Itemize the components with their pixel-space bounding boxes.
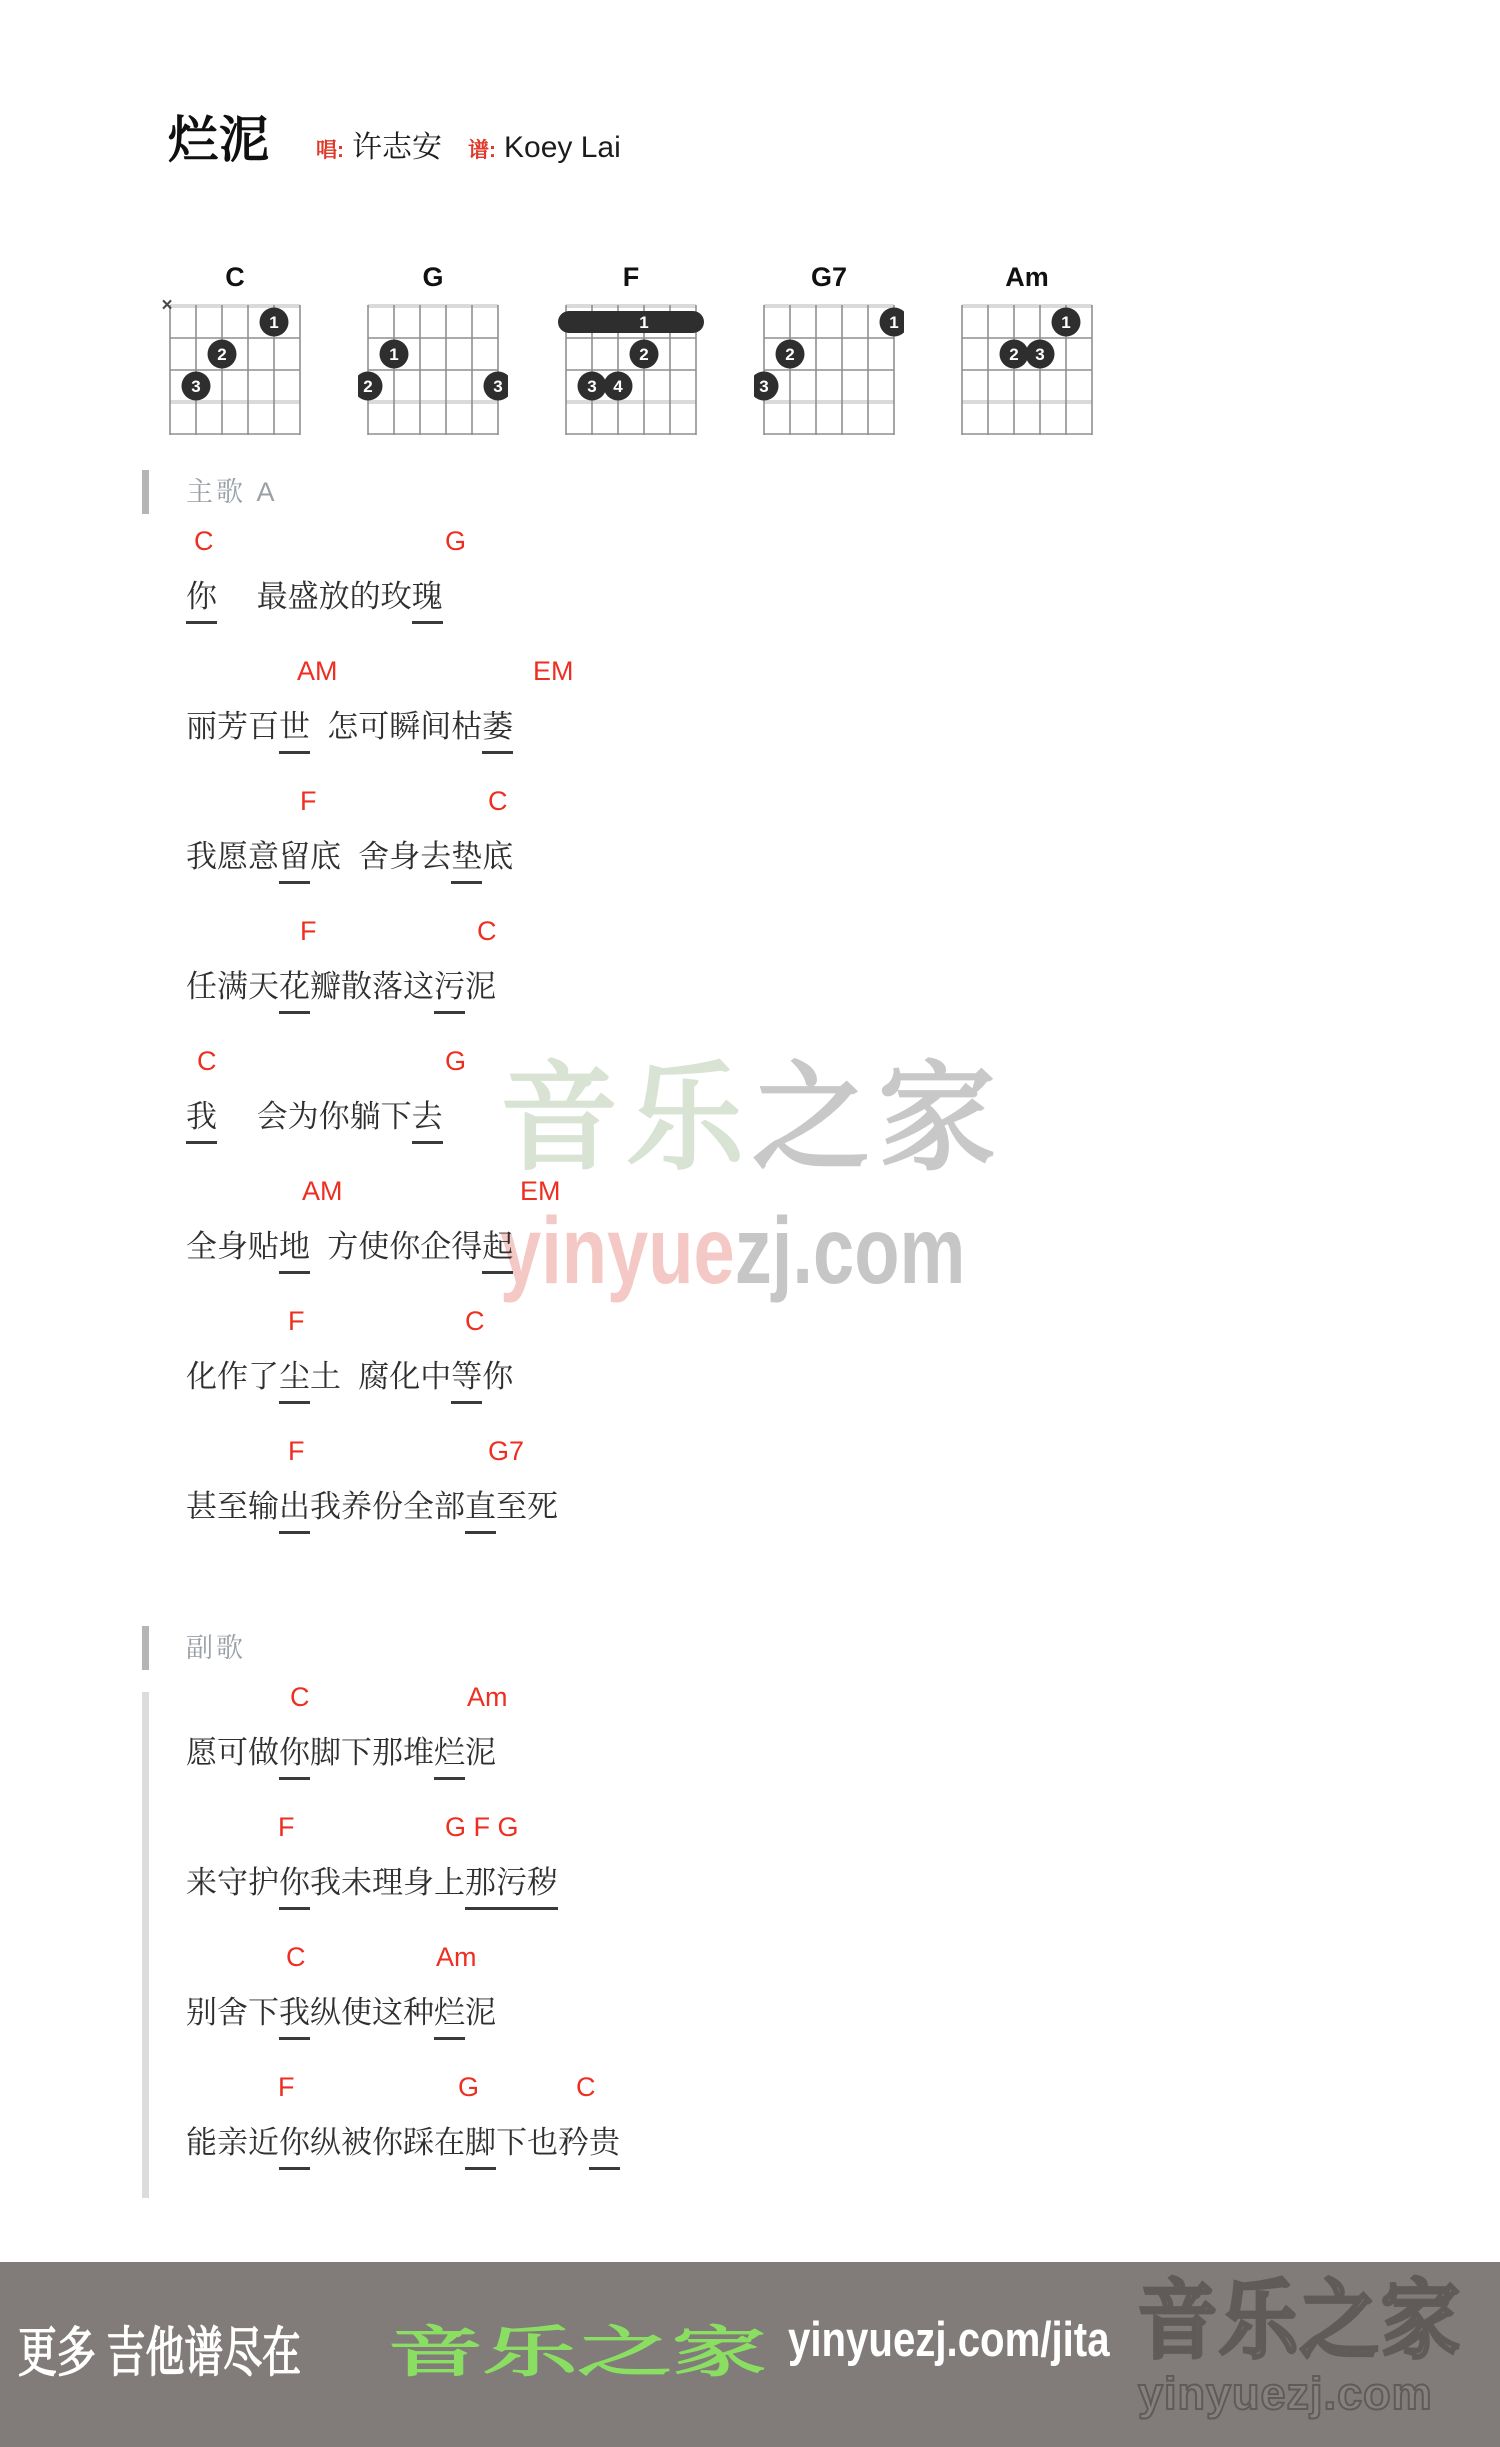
- lyric-text: 底 舍身去: [310, 838, 451, 877]
- section-marker-bar: [142, 470, 149, 514]
- song-line: AMEM丽芳百世 怎可瞬间枯萎: [186, 656, 1346, 786]
- chord-line: FC: [186, 916, 1346, 950]
- lyric-line: 愿可做你脚下那堆烂泥: [186, 1734, 496, 1780]
- lyric-text: 我愿意: [186, 838, 279, 877]
- lyric-text: 纵使这种: [310, 1994, 434, 2033]
- chord-symbol: C: [290, 1682, 310, 1713]
- chord-sheet-page: 烂泥 唱: 许志安 谱: Koey Lai C×123G123F1234G712…: [0, 0, 1500, 2447]
- chord-name: G7: [754, 262, 904, 292]
- chord-diagrams-row: C×123G123F1234G7123Am123: [0, 262, 1500, 477]
- svg-text:3: 3: [587, 377, 596, 396]
- chord-symbol: G: [445, 1046, 466, 1077]
- svg-text:2: 2: [363, 377, 372, 396]
- lyric-underlined: 出: [279, 1488, 310, 1534]
- lyric-line: 全身贴地 方使你企得起: [186, 1228, 513, 1274]
- song-line: CG你 最盛放的玫瑰: [186, 526, 1346, 656]
- lyric-text: 来守护: [186, 1864, 279, 1903]
- lyric-underlined: 垫: [451, 838, 482, 884]
- song-line: FGC能亲近你纵被你踩在脚下也矜贵: [186, 2072, 1346, 2202]
- lyric-text: 丽芳百: [186, 708, 279, 747]
- chord-line: FG F G: [186, 1812, 1346, 1846]
- chord-grid: 123: [754, 292, 904, 444]
- section-lines: CAm愿可做你脚下那堆烂泥FG F G来守护你我未理身上那污秽CAm别舍下我纵使…: [186, 1682, 1346, 2202]
- chord-diagram-g7: G7123: [754, 262, 904, 444]
- lyric-line: 任满天花瓣散落这污泥: [186, 968, 496, 1014]
- chord-name: G: [358, 262, 508, 292]
- chord-diagram-c: C×123: [160, 262, 310, 444]
- section-rule: [142, 1692, 149, 2198]
- chord-symbol: C: [465, 1306, 485, 1337]
- chord-symbol: C: [576, 2072, 596, 2103]
- svg-text:4: 4: [613, 377, 623, 396]
- lyric-text: [217, 578, 257, 617]
- section-heading: 副歌: [186, 1626, 1346, 1672]
- footer-logo-zh: 音乐之家: [1138, 2276, 1462, 2366]
- section-label: 副歌: [186, 1633, 246, 1663]
- lyric-underlined: 直: [465, 1488, 496, 1534]
- lyric-text: 全身贴: [186, 1228, 279, 1267]
- chord-line: AMEM: [186, 656, 1346, 690]
- svg-text:1: 1: [389, 345, 398, 364]
- lyric-text: 至死: [496, 1488, 558, 1527]
- chord-grid: 123: [358, 292, 508, 444]
- lyric-text: 泥: [465, 1994, 496, 2033]
- chord-symbol: C: [477, 916, 497, 947]
- lyric-underlined: 烂: [434, 1994, 465, 2040]
- lyric-underlined: 萎: [482, 708, 513, 754]
- chord-line: FC: [186, 786, 1346, 820]
- footer-link: yinyuezj.com/jita: [788, 2312, 1110, 2368]
- chord-symbol: AM: [297, 656, 338, 687]
- lyric-underlined: 我: [186, 1098, 217, 1144]
- footer-text: 更多 吉他谱尽在: [18, 2310, 301, 2387]
- lyric-text: 最盛放的玫: [257, 578, 412, 617]
- lyric-text: 愿可做: [186, 1734, 279, 1773]
- chord-symbol: EM: [520, 1176, 561, 1207]
- lyric-text: 泥: [465, 968, 496, 1007]
- song-line: FG F G来守护你我未理身上那污秽: [186, 1812, 1346, 1942]
- lyric-underlined: 你: [186, 578, 217, 624]
- chord-symbol: C: [286, 1942, 306, 1973]
- chord-symbol: F: [278, 1812, 295, 1843]
- chord-line: CG: [186, 1046, 1346, 1080]
- chord-line: FG7: [186, 1436, 1346, 1470]
- lyric-line: 你 最盛放的玫瑰: [186, 578, 443, 624]
- lyric-text: 土 腐化中: [310, 1358, 451, 1397]
- lyric-underlined: 等: [451, 1358, 482, 1404]
- chord-symbol: F: [278, 2072, 295, 2103]
- song-line: FC化作了尘土 腐化中等你: [186, 1306, 1346, 1436]
- lyric-text: 我未理身上: [310, 1864, 465, 1903]
- singer-name: 许志安: [352, 122, 442, 166]
- section-lines: CG你 最盛放的玫瑰AMEM丽芳百世 怎可瞬间枯萎FC我愿意留底 舍身去垫底FC…: [186, 526, 1346, 1566]
- song-line: FG7甚至输出我养份全部直至死: [186, 1436, 1346, 1566]
- lyric-text: 脚下那堆: [310, 1734, 434, 1773]
- chord-line: AMEM: [186, 1176, 1346, 1210]
- chord-symbol: C: [194, 526, 214, 557]
- chord-line: CG: [186, 526, 1346, 560]
- song-line: CAm别舍下我纵使这种烂泥: [186, 1942, 1346, 2072]
- chord-symbol: F: [300, 786, 317, 817]
- chord-symbol: F: [288, 1436, 305, 1467]
- lyric-underlined: 烂: [434, 1734, 465, 1780]
- chord-symbol: Am: [467, 1682, 508, 1713]
- lyric-underlined: 贵: [589, 2124, 620, 2170]
- arranger-label: 谱:: [468, 134, 496, 164]
- lyric-line: 我 会为你躺下去: [186, 1098, 443, 1144]
- chord-grid: 1234: [556, 292, 706, 444]
- chord-line: CAm: [186, 1942, 1346, 1976]
- lyric-line: 别舍下我纵使这种烂泥: [186, 1994, 496, 2040]
- lyric-text: 化作了: [186, 1358, 279, 1397]
- svg-text:3: 3: [493, 377, 502, 396]
- song-header: 烂泥 唱: 许志安 谱: Koey Lai: [168, 100, 621, 172]
- footer-logo-en: yinyuezj.com: [1138, 2368, 1490, 2420]
- chord-symbol: Am: [436, 1942, 477, 1973]
- lyric-text: [217, 1098, 257, 1137]
- lyric-text: 别舍下: [186, 1994, 279, 2033]
- song-body: 主歌 ACG你 最盛放的玫瑰AMEM丽芳百世 怎可瞬间枯萎FC我愿意留底 舍身去…: [186, 470, 1346, 2202]
- lyric-underlined: 去: [412, 1098, 443, 1144]
- chord-name: F: [556, 262, 706, 292]
- svg-text:1: 1: [269, 313, 278, 332]
- chord-symbol: G: [458, 2072, 479, 2103]
- chord-grid: ×123: [160, 292, 310, 444]
- song-line: AMEM全身贴地 方使你企得起: [186, 1176, 1346, 1306]
- mute-marker: ×: [161, 295, 172, 316]
- footer-logo: 音乐之家 yinyuezj.com: [1138, 2276, 1490, 2420]
- lyric-line: 我愿意留底 舍身去垫底: [186, 838, 513, 884]
- lyric-text: 会为你躺下: [257, 1098, 412, 1137]
- lyric-underlined: 花: [279, 968, 310, 1014]
- lyric-text: 瓣散落这: [310, 968, 434, 1007]
- song-line: FC我愿意留底 舍身去垫底: [186, 786, 1346, 916]
- lyric-underlined: 那污秽: [465, 1864, 558, 1910]
- lyric-underlined: 地: [279, 1228, 310, 1274]
- chord-diagram-am: Am123: [952, 262, 1102, 444]
- chord-symbol: G F G: [445, 1812, 519, 1843]
- section-label: 主歌 A: [186, 477, 278, 507]
- lyric-text: 我养份全部: [310, 1488, 465, 1527]
- chord-line: FC: [186, 1306, 1346, 1340]
- chord-symbol: G: [445, 526, 466, 557]
- lyric-line: 来守护你我未理身上那污秽: [186, 1864, 558, 1910]
- lyric-text: 方使你企得: [310, 1228, 482, 1267]
- lyric-underlined: 脚: [465, 2124, 496, 2170]
- lyric-line: 化作了尘土 腐化中等你: [186, 1358, 513, 1404]
- section-verse: 主歌 ACG你 最盛放的玫瑰AMEM丽芳百世 怎可瞬间枯萎FC我愿意留底 舍身去…: [186, 470, 1346, 1566]
- chord-symbol: F: [300, 916, 317, 947]
- lyric-text: 能亲近: [186, 2124, 279, 2163]
- svg-text:3: 3: [759, 377, 768, 396]
- svg-text:1: 1: [639, 313, 648, 332]
- lyric-underlined: 留: [279, 838, 310, 884]
- lyric-text: 你: [482, 1358, 513, 1397]
- lyric-underlined: 瑰: [412, 578, 443, 624]
- arranger-name: Koey Lai: [504, 131, 621, 165]
- svg-text:3: 3: [1035, 345, 1044, 364]
- song-title: 烂泥: [168, 100, 270, 172]
- song-line: CG我 会为你躺下去: [186, 1046, 1346, 1176]
- svg-text:2: 2: [217, 345, 226, 364]
- svg-text:1: 1: [889, 313, 898, 332]
- barre-bar: [558, 311, 704, 333]
- lyric-underlined: 你: [279, 1734, 310, 1780]
- singer-label: 唱:: [316, 134, 344, 164]
- lyric-underlined: 你: [279, 2124, 310, 2170]
- lyric-line: 能亲近你纵被你踩在脚下也矜贵: [186, 2124, 620, 2170]
- chord-symbol: AM: [302, 1176, 343, 1207]
- svg-text:1: 1: [1061, 313, 1070, 332]
- lyric-text: 底: [482, 838, 513, 877]
- chord-line: CAm: [186, 1682, 1346, 1716]
- section-marker-bar: [142, 1626, 149, 1670]
- svg-text:2: 2: [785, 345, 794, 364]
- lyric-underlined: 我: [279, 1994, 310, 2040]
- lyric-text: 任满天: [186, 968, 279, 1007]
- chord-line: FGC: [186, 2072, 1346, 2106]
- lyric-underlined: 尘: [279, 1358, 310, 1404]
- svg-text:3: 3: [191, 377, 200, 396]
- chord-symbol: F: [288, 1306, 305, 1337]
- lyric-text: 甚至输: [186, 1488, 279, 1527]
- chord-name: C: [160, 262, 310, 292]
- chord-diagram-f: F1234: [556, 262, 706, 444]
- footer-brand: 音乐之家: [388, 2308, 766, 2387]
- lyric-underlined: 污: [434, 968, 465, 1014]
- lyric-underlined: 你: [279, 1864, 310, 1910]
- section-chorus: 副歌CAm愿可做你脚下那堆烂泥FG F G来守护你我未理身上那污秽CAm别舍下我…: [186, 1626, 1346, 2202]
- chord-symbol: C: [197, 1046, 217, 1077]
- chord-grid: 123: [952, 292, 1102, 444]
- lyric-text: 下也矜: [496, 2124, 589, 2163]
- lyric-text: 泥: [465, 1734, 496, 1773]
- section-heading: 主歌 A: [186, 470, 1346, 516]
- chord-diagram-g: G123: [358, 262, 508, 444]
- chord-name: Am: [952, 262, 1102, 292]
- chord-symbol: G7: [488, 1436, 524, 1467]
- lyric-underlined: 起: [482, 1228, 513, 1274]
- footer-bar: 更多 吉他谱尽在 音乐之家 yinyuezj.com/jita 音乐之家 yin…: [0, 2262, 1500, 2447]
- song-line: CAm愿可做你脚下那堆烂泥: [186, 1682, 1346, 1812]
- svg-text:2: 2: [1009, 345, 1018, 364]
- chord-symbol: EM: [533, 656, 574, 687]
- lyric-underlined: 世: [279, 708, 310, 754]
- chord-symbol: C: [488, 786, 508, 817]
- lyric-line: 丽芳百世 怎可瞬间枯萎: [186, 708, 513, 754]
- lyric-text: 纵被你踩在: [310, 2124, 465, 2163]
- song-line: FC任满天花瓣散落这污泥: [186, 916, 1346, 1046]
- svg-text:2: 2: [639, 345, 648, 364]
- lyric-text: 怎可瞬间枯: [310, 708, 482, 747]
- lyric-line: 甚至输出我养份全部直至死: [186, 1488, 558, 1534]
